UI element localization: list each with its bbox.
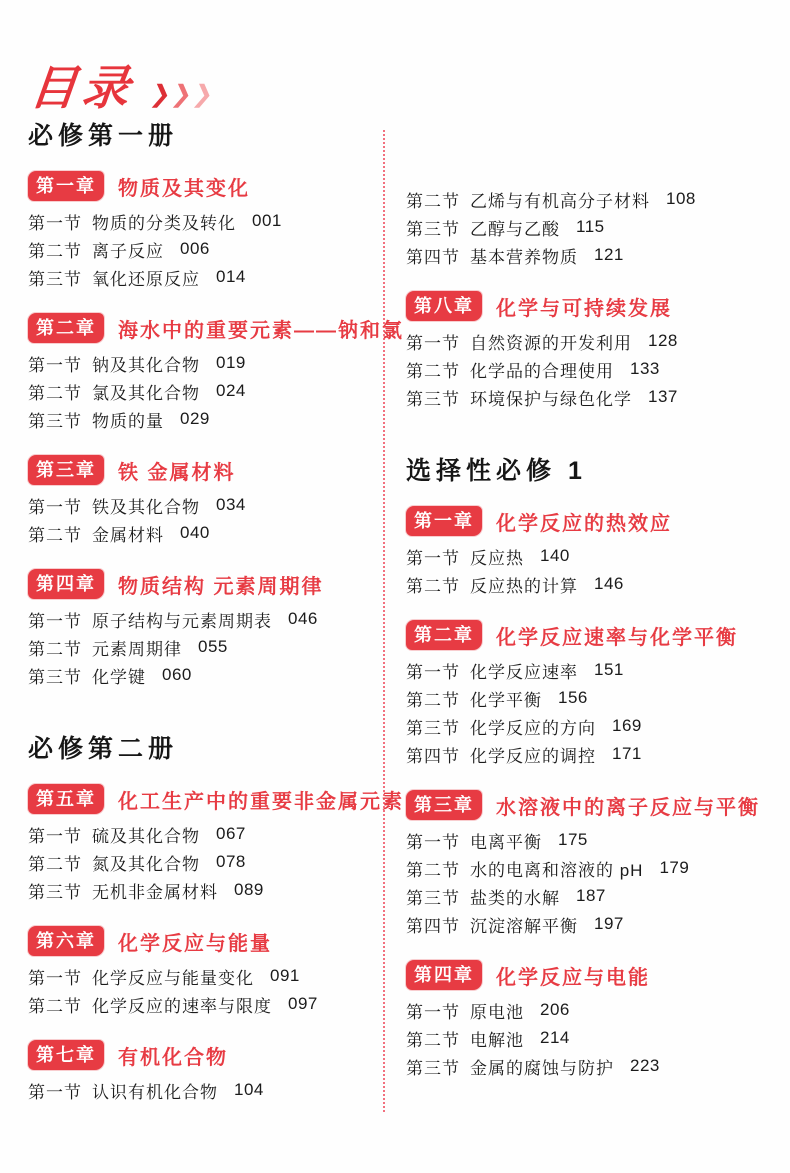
- chapter-heading: 第四章化学反应与电能: [406, 960, 778, 990]
- section-title: 化学反应的速率与限度: [92, 992, 272, 1017]
- page-number: 001: [252, 211, 282, 231]
- chapter-title: 水溶液中的离子反应与平衡: [496, 791, 760, 820]
- page-number: 097: [288, 994, 318, 1014]
- section-label: 第二节: [406, 572, 460, 597]
- section-label: 第一节: [28, 493, 82, 518]
- toc-entry: 第二节电解池214: [406, 1024, 778, 1052]
- toc-left-column: 必修第一册第一章物质及其变化第一节物质的分类及转化001第二节离子反应006第三…: [28, 122, 376, 1104]
- toc-entry: 第一节认识有机化合物104: [28, 1076, 376, 1104]
- section-label: 第二节: [28, 521, 82, 546]
- chapter-heading: 第七章有机化合物: [28, 1040, 376, 1070]
- chapter-badge: 第七章: [28, 1040, 104, 1070]
- title-block: 目录 ❯❯❯: [30, 62, 212, 114]
- section-label: 第一节: [406, 329, 460, 354]
- chapter-heading: 第一章物质及其变化: [28, 171, 376, 201]
- page-number: 137: [648, 387, 678, 407]
- chapter-title: 物质及其变化: [118, 172, 250, 201]
- chapter-heading: 第一章化学反应的热效应: [406, 506, 778, 536]
- section-title: 物质的量: [92, 407, 164, 432]
- section-label: 第三节: [28, 265, 82, 290]
- chapter-badge: 第二章: [406, 620, 482, 650]
- chapter-title: 化学反应的热效应: [496, 507, 672, 536]
- chapter-heading: 第五章化工生产中的重要非金属元素: [28, 784, 376, 814]
- section-label: 第一节: [28, 351, 82, 376]
- section-title: 化学反应与能量变化: [92, 964, 254, 989]
- page-number: 133: [630, 359, 660, 379]
- page-number: 151: [594, 660, 624, 680]
- toc-entry: 第二节反应热的计算146: [406, 570, 778, 598]
- section-label: 第一节: [28, 1078, 82, 1103]
- toc-entry: 第二节乙烯与有机高分子材料108: [406, 185, 778, 213]
- section-label: 第三节: [406, 385, 460, 410]
- book-part-heading: 选择性必修 1: [406, 457, 778, 486]
- chapter-title: 有机化合物: [118, 1041, 228, 1070]
- chapter-badge: 第三章: [406, 790, 482, 820]
- chapter-title: 化学反应与能量: [118, 927, 272, 956]
- section-title: 原子结构与元素周期表: [92, 607, 272, 632]
- section-title: 盐类的水解: [470, 884, 560, 909]
- section-title: 氧化还原反应: [92, 265, 200, 290]
- section-label: 第四节: [406, 742, 460, 767]
- page-number: 108: [666, 189, 696, 209]
- chapter-heading: 第六章化学反应与能量: [28, 926, 376, 956]
- section-title: 化学键: [92, 663, 146, 688]
- toc-entry: 第二节金属材料040: [28, 519, 376, 547]
- chapter-title: 海水中的重要元素——钠和氯: [118, 314, 404, 343]
- section-label: 第二节: [28, 237, 82, 262]
- section-title: 自然资源的开发利用: [470, 329, 632, 354]
- section-title: 电解池: [470, 1026, 524, 1051]
- chapter-heading: 第四章物质结构 元素周期律: [28, 569, 376, 599]
- section-label: 第一节: [406, 544, 460, 569]
- page-number: 146: [594, 574, 624, 594]
- section-label: 第一节: [406, 828, 460, 853]
- section-label: 第三节: [28, 663, 82, 688]
- section-label: 第二节: [28, 635, 82, 660]
- toc-entry: 第四节基本营养物质121: [406, 241, 778, 269]
- page-number: 223: [630, 1056, 660, 1076]
- page-number: 014: [216, 267, 246, 287]
- chapter-title: 化工生产中的重要非金属元素: [118, 785, 404, 814]
- page-number: 169: [612, 716, 642, 736]
- page-number: 187: [576, 886, 606, 906]
- section-title: 硫及其化合物: [92, 822, 200, 847]
- page-number: 156: [558, 688, 588, 708]
- toc-entry: 第二节水的电离和溶液的 pH179: [406, 854, 778, 882]
- toc-entry: 第三节乙醇与乙酸115: [406, 213, 778, 241]
- page-number: 046: [288, 609, 318, 629]
- chapter-badge: 第四章: [406, 960, 482, 990]
- toc-entry: 第一节原电池206: [406, 996, 778, 1024]
- chapter-heading: 第三章水溶液中的离子反应与平衡: [406, 790, 778, 820]
- toc-entry: 第一节原子结构与元素周期表046: [28, 605, 376, 633]
- toc-entry: 第二节化学平衡156: [406, 684, 778, 712]
- page-number: 006: [180, 239, 210, 259]
- chapter-title: 化学反应与电能: [496, 961, 650, 990]
- toc-entry: 第二节化学反应的速率与限度097: [28, 990, 376, 1018]
- section-title: 化学反应的调控: [470, 742, 596, 767]
- toc-entry: 第三节无机非金属材料089: [28, 876, 376, 904]
- toc-page: 目录 ❯❯❯ 必修第一册第一章物质及其变化第一节物质的分类及转化001第二节离子…: [0, 0, 790, 1173]
- page-number: 115: [576, 217, 605, 237]
- toc-right-column: 第二节乙烯与有机高分子材料108第三节乙醇与乙酸115第四节基本营养物质121第…: [406, 122, 778, 1080]
- section-label: 第三节: [406, 215, 460, 240]
- triple-chevron-right-icon: ❯❯❯: [147, 83, 216, 114]
- section-title: 氮及其化合物: [92, 850, 200, 875]
- toc-entry: 第三节氧化还原反应014: [28, 263, 376, 291]
- toc-entry: 第一节铁及其化合物034: [28, 491, 376, 519]
- section-title: 反应热: [470, 544, 524, 569]
- page-number: 060: [162, 665, 192, 685]
- section-title: 乙烯与有机高分子材料: [470, 187, 650, 212]
- chapter-heading: 第三章铁 金属材料: [28, 455, 376, 485]
- section-title: 化学反应的方向: [470, 714, 596, 739]
- page-number: 078: [216, 852, 246, 872]
- toc-entry: 第四节沉淀溶解平衡197: [406, 910, 778, 938]
- section-title: 乙醇与乙酸: [470, 215, 560, 240]
- toc-entry: 第一节钠及其化合物019: [28, 349, 376, 377]
- column-divider: [383, 130, 385, 1112]
- toc-entry: 第二节元素周期律055: [28, 633, 376, 661]
- toc-entry: 第三节金属的腐蚀与防护223: [406, 1052, 778, 1080]
- page-number: 140: [540, 546, 570, 566]
- toc-entry: 第三节化学反应的方向169: [406, 712, 778, 740]
- page-number: 206: [540, 1000, 570, 1020]
- section-title: 物质的分类及转化: [92, 209, 236, 234]
- chapter-badge: 第一章: [28, 171, 104, 201]
- toc-entry: 第二节氮及其化合物078: [28, 848, 376, 876]
- section-title: 氯及其化合物: [92, 379, 200, 404]
- page-number: 089: [234, 880, 264, 900]
- toc-entry: 第一节反应热140: [406, 542, 778, 570]
- chapter-title: 物质结构 元素周期律: [118, 570, 324, 599]
- page-number: 055: [198, 637, 228, 657]
- section-title: 钠及其化合物: [92, 351, 200, 376]
- section-label: 第二节: [28, 850, 82, 875]
- book-part-heading: 必修第一册: [28, 122, 376, 151]
- section-label: 第一节: [28, 822, 82, 847]
- section-title: 沉淀溶解平衡: [470, 912, 578, 937]
- page-number: 197: [594, 914, 624, 934]
- section-label: 第二节: [406, 187, 460, 212]
- section-label: 第三节: [406, 884, 460, 909]
- page-number: 171: [612, 744, 642, 764]
- section-label: 第三节: [406, 714, 460, 739]
- page-title: 目录: [27, 62, 136, 114]
- section-title: 离子反应: [92, 237, 164, 262]
- toc-entry: 第三节盐类的水解187: [406, 882, 778, 910]
- section-label: 第三节: [406, 1054, 460, 1079]
- section-label: 第二节: [28, 992, 82, 1017]
- chapter-badge: 第四章: [28, 569, 104, 599]
- section-title: 原电池: [470, 998, 524, 1023]
- page-number: 175: [558, 830, 588, 850]
- toc-entry: 第三节环境保护与绿色化学137: [406, 383, 778, 411]
- toc-entry: 第二节离子反应006: [28, 235, 376, 263]
- section-label: 第四节: [406, 912, 460, 937]
- section-label: 第一节: [406, 658, 460, 683]
- section-title: 无机非金属材料: [92, 878, 218, 903]
- book-part-heading: 必修第二册: [28, 735, 376, 764]
- chapter-badge: 第五章: [28, 784, 104, 814]
- section-label: 第一节: [28, 964, 82, 989]
- toc-entry: 第四节化学反应的调控171: [406, 740, 778, 768]
- page-number: 104: [234, 1080, 264, 1100]
- chapter-badge: 第二章: [28, 313, 104, 343]
- page-number: 179: [659, 858, 689, 878]
- chapter-badge: 第六章: [28, 926, 104, 956]
- chapter-badge: 第一章: [406, 506, 482, 536]
- section-title: 金属的腐蚀与防护: [470, 1054, 614, 1079]
- section-title: 认识有机化合物: [92, 1078, 218, 1103]
- chapter-title: 化学与可持续发展: [496, 292, 672, 321]
- page-number: 067: [216, 824, 246, 844]
- section-title: 金属材料: [92, 521, 164, 546]
- section-label: 第三节: [28, 407, 82, 432]
- section-title: 铁及其化合物: [92, 493, 200, 518]
- page-number: 040: [180, 523, 210, 543]
- section-label: 第四节: [406, 243, 460, 268]
- page-number: 121: [594, 245, 624, 265]
- section-title: 化学品的合理使用: [470, 357, 614, 382]
- section-label: 第二节: [28, 379, 82, 404]
- page-number: 128: [648, 331, 678, 351]
- section-title: 元素周期律: [92, 635, 182, 660]
- toc-entry: 第一节化学反应与能量变化091: [28, 962, 376, 990]
- toc-entry: 第一节自然资源的开发利用128: [406, 327, 778, 355]
- toc-entry: 第一节硫及其化合物067: [28, 820, 376, 848]
- section-title: 化学平衡: [470, 686, 542, 711]
- section-title: 化学反应速率: [470, 658, 578, 683]
- chapter-heading: 第八章化学与可持续发展: [406, 291, 778, 321]
- section-label: 第二节: [406, 357, 460, 382]
- chapter-title: 铁 金属材料: [118, 456, 236, 485]
- chapter-heading: 第二章海水中的重要元素——钠和氯: [28, 313, 376, 343]
- chapter-title: 化学反应速率与化学平衡: [496, 621, 738, 650]
- page-number: 019: [216, 353, 246, 373]
- section-label: 第一节: [28, 607, 82, 632]
- section-label: 第一节: [406, 998, 460, 1023]
- toc-entry: 第二节氯及其化合物024: [28, 377, 376, 405]
- page-number: 091: [270, 966, 300, 986]
- section-title: 电离平衡: [470, 828, 542, 853]
- section-title: 水的电离和溶液的 pH: [470, 856, 643, 881]
- section-title: 环境保护与绿色化学: [470, 385, 632, 410]
- toc-entry: 第二节化学品的合理使用133: [406, 355, 778, 383]
- chapter-heading: 第二章化学反应速率与化学平衡: [406, 620, 778, 650]
- page-number: 034: [216, 495, 246, 515]
- toc-entry: 第一节物质的分类及转化001: [28, 207, 376, 235]
- page-number: 214: [540, 1028, 570, 1048]
- section-label: 第二节: [406, 1026, 460, 1051]
- section-title: 反应热的计算: [470, 572, 578, 597]
- section-label: 第二节: [406, 856, 460, 881]
- section-label: 第二节: [406, 686, 460, 711]
- chapter-badge: 第三章: [28, 455, 104, 485]
- section-label: 第三节: [28, 878, 82, 903]
- toc-entry: 第三节化学键060: [28, 661, 376, 689]
- section-title: 基本营养物质: [470, 243, 578, 268]
- toc-entry: 第一节电离平衡175: [406, 826, 778, 854]
- toc-entry: 第三节物质的量029: [28, 405, 376, 433]
- page-number: 024: [216, 381, 246, 401]
- chapter-badge: 第八章: [406, 291, 482, 321]
- toc-entry: 第一节化学反应速率151: [406, 656, 778, 684]
- section-label: 第一节: [28, 209, 82, 234]
- page-number: 029: [180, 409, 210, 429]
